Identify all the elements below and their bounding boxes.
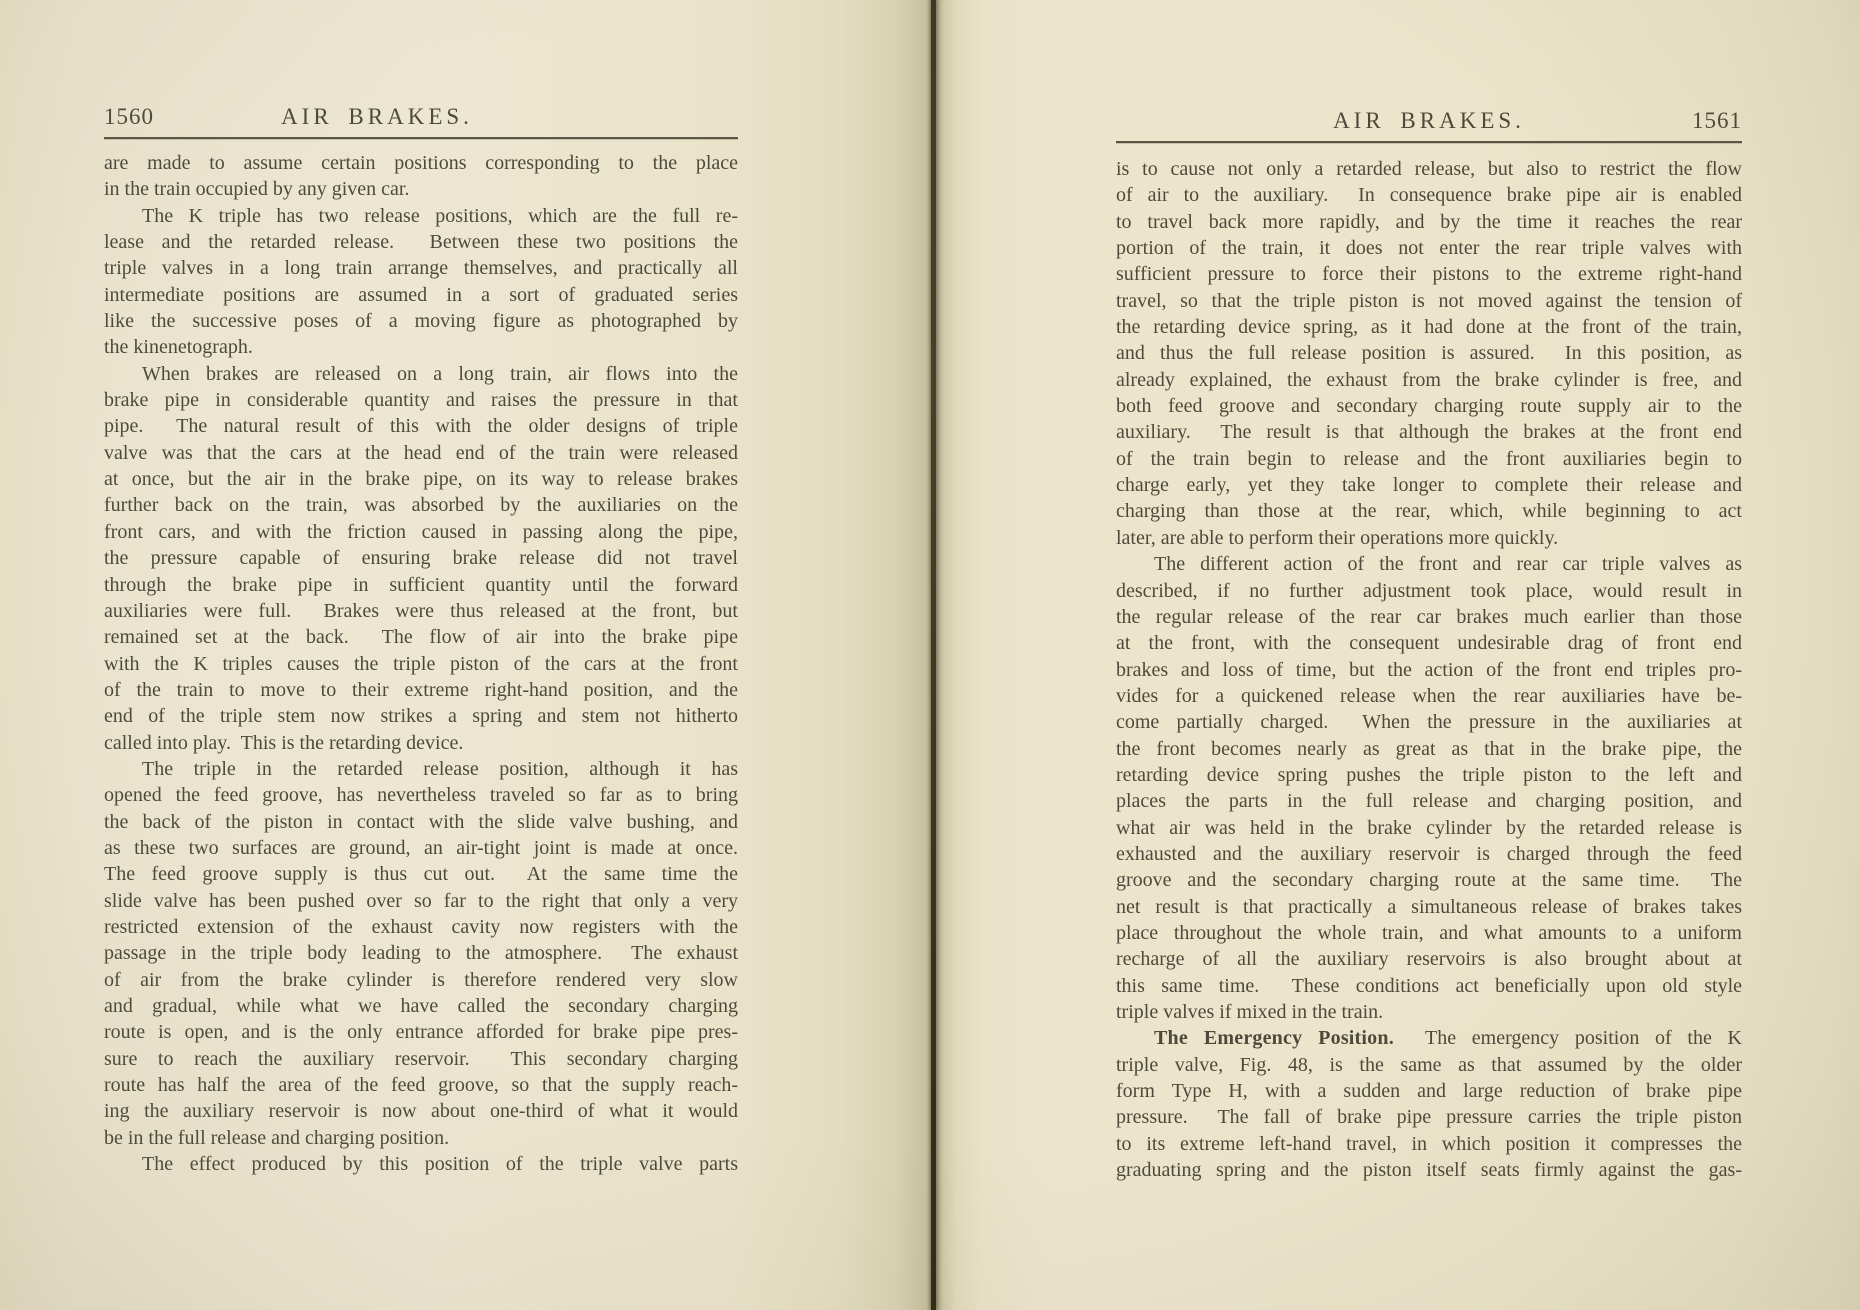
bold-lead-in: The Emergency Position.: [1154, 1027, 1394, 1049]
text-line: the retarding device spring, as it had d…: [1116, 314, 1742, 340]
text-line: of air from the brake cylinder is theref…: [104, 967, 738, 993]
text-line: like the successive poses of a moving fi…: [104, 308, 738, 334]
text-line: route has half the area of the feed groo…: [104, 1072, 738, 1098]
text-line: opened the feed groove, has nevertheless…: [104, 782, 738, 808]
text-line: pipe. The natural result of this with th…: [104, 413, 738, 439]
text-line: charge early, yet they take longer to co…: [1116, 472, 1742, 498]
text-line: brakes and loss of time, but the action …: [1116, 657, 1742, 683]
text-line: the kinenetograph.: [104, 334, 738, 360]
text-line: The different action of the front and re…: [1116, 551, 1742, 577]
text-line: graduating spring and the piston itself …: [1116, 1157, 1742, 1183]
text-line: of air to the auxiliary. In consequence …: [1116, 182, 1742, 208]
text-line: sure to reach the auxiliary reservoir. T…: [104, 1046, 738, 1072]
text-line: portion of the train, it does not enter …: [1116, 235, 1742, 261]
text-line: of the train begin to release and the fr…: [1116, 446, 1742, 472]
text-line: triple valves in a long train arrange th…: [104, 255, 738, 281]
text-line: at once, but the air in the brake pipe, …: [104, 466, 738, 492]
text-line: be in the full release and charging posi…: [104, 1125, 738, 1151]
text-line: the pressure capable of ensuring brake r…: [104, 545, 738, 571]
text-line: The feed groove supply is thus cut out. …: [104, 861, 738, 887]
right-page-body: is to cause not only a retarded release,…: [1116, 156, 1742, 1183]
text-line: lease and the retarded release. Between …: [104, 229, 738, 255]
text-line: place throughout the whole train, and wh…: [1116, 920, 1742, 946]
text-line: already explained, the exhaust from the …: [1116, 367, 1742, 393]
header-rule: [1116, 141, 1742, 143]
text-line: When brakes are released on a long train…: [104, 361, 738, 387]
text-line: this same time. These conditions act ben…: [1116, 973, 1742, 999]
text-line: travel, so that the triple piston is not…: [1116, 288, 1742, 314]
text-line: exhausted and the auxiliary reservoir is…: [1116, 841, 1742, 867]
text-line: is to cause not only a retarded release,…: [1116, 156, 1742, 182]
text-line: the regular release of the rear car brak…: [1116, 604, 1742, 630]
text-line: auxiliary. The result is that although t…: [1116, 419, 1742, 445]
text-line: intermediate positions are assumed in a …: [104, 282, 738, 308]
text-line: The effect produced by this position of …: [104, 1151, 738, 1177]
text-line: at the front, with the consequent undesi…: [1116, 630, 1742, 656]
text-line: with the K triples causes the triple pis…: [104, 651, 738, 677]
paragraph: The K triple has two release positions, …: [104, 203, 738, 361]
text-line: remained set at the back. The flow of ai…: [104, 624, 738, 650]
text-line: brake pipe in considerable quantity and …: [104, 387, 738, 413]
text-line: The Emergency Position. The emergency po…: [1116, 1025, 1742, 1051]
left-page-header: 1560 AIR BRAKES.: [104, 104, 738, 134]
paragraph: When brakes are released on a long train…: [104, 361, 738, 756]
text-line: later, are able to perform their operati…: [1116, 525, 1742, 551]
text-line: retarding device spring pushes the tripl…: [1116, 762, 1742, 788]
page-number: 1561: [1692, 108, 1742, 134]
text-line: vides for a quickened release when the r…: [1116, 683, 1742, 709]
text-line: come partially charged. When the pressur…: [1116, 709, 1742, 735]
text-line: triple valves if mixed in the train.: [1116, 999, 1742, 1025]
text-line: to its extreme left-hand travel, in whic…: [1116, 1131, 1742, 1157]
text-line: front cars, and with the friction caused…: [104, 519, 738, 545]
running-head: AIR BRAKES.: [1116, 108, 1742, 134]
paragraph: are made to assume certain positions cor…: [104, 150, 738, 203]
text-line: the back of the piston in contact with t…: [104, 809, 738, 835]
paragraph: The Emergency Position. The emergency po…: [1116, 1025, 1742, 1183]
book-scan: 1560 AIR BRAKES. AIR BRAKES. 1561 are ma…: [0, 0, 1860, 1310]
text-line: both feed groove and secondary charging …: [1116, 393, 1742, 419]
text-line: end of the triple stem now strikes a spr…: [104, 703, 738, 729]
text-line: what air was held in the brake cylinder …: [1116, 815, 1742, 841]
text-line: The K triple has two release positions, …: [104, 203, 738, 229]
book-gutter: [931, 0, 936, 1310]
text-line: in the train occupied by any given car.: [104, 176, 738, 202]
text-line: described, if no further adjustment took…: [1116, 578, 1742, 604]
text-line: valve was that the cars at the head end …: [104, 440, 738, 466]
text-line: and gradual, while what we have called t…: [104, 993, 738, 1019]
right-page-header: AIR BRAKES. 1561: [1116, 108, 1742, 138]
paragraph: The different action of the front and re…: [1116, 551, 1742, 1025]
text-line: to travel back more rapidly, and by the …: [1116, 209, 1742, 235]
text-line: passage in the triple body leading to th…: [104, 940, 738, 966]
text-line: charging than those at the rear, which, …: [1116, 498, 1742, 524]
text-line: are made to assume certain positions cor…: [104, 150, 738, 176]
text-line: net result is that practically a simulta…: [1116, 894, 1742, 920]
header-rule: [104, 137, 738, 139]
text-line: form Type H, with a sudden and large red…: [1116, 1078, 1742, 1104]
paragraph: is to cause not only a retarded release,…: [1116, 156, 1742, 551]
text-line: called into play. This is the retarding …: [104, 730, 738, 756]
text-line: places the parts in the full release and…: [1116, 788, 1742, 814]
text-line: as these two surfaces are ground, an air…: [104, 835, 738, 861]
text-line: auxiliaries were full. Brakes were thus …: [104, 598, 738, 624]
text-line: and thus the full release position is as…: [1116, 340, 1742, 366]
text-line: slide valve has been pushed over so far …: [104, 888, 738, 914]
text-line: groove and the secondary charging route …: [1116, 867, 1742, 893]
paragraph: The triple in the retarded release posit…: [104, 756, 738, 1151]
paragraph: The effect produced by this position of …: [104, 1151, 738, 1177]
text-line: triple valve, Fig. 48, is the same as th…: [1116, 1052, 1742, 1078]
running-head: AIR BRAKES.: [60, 104, 694, 130]
text-line: The triple in the retarded release posit…: [104, 756, 738, 782]
text-line: sufficient pressure to force their pisto…: [1116, 261, 1742, 287]
text-line: of the train to move to their extreme ri…: [104, 677, 738, 703]
text-line: ing the auxiliary reservoir is now about…: [104, 1098, 738, 1124]
left-page-body: are made to assume certain positions cor…: [104, 150, 738, 1177]
text-line: the front becomes nearly as great as tha…: [1116, 736, 1742, 762]
text-line: restricted extension of the exhaust cavi…: [104, 914, 738, 940]
text-line: route is open, and is the only entrance …: [104, 1019, 738, 1045]
text-line: further back on the train, was absorbed …: [104, 492, 738, 518]
text-line: through the brake pipe in sufficient qua…: [104, 572, 738, 598]
text-line: recharge of all the auxiliary reservoirs…: [1116, 946, 1742, 972]
text-line: pressure. The fall of brake pipe pressur…: [1116, 1104, 1742, 1130]
